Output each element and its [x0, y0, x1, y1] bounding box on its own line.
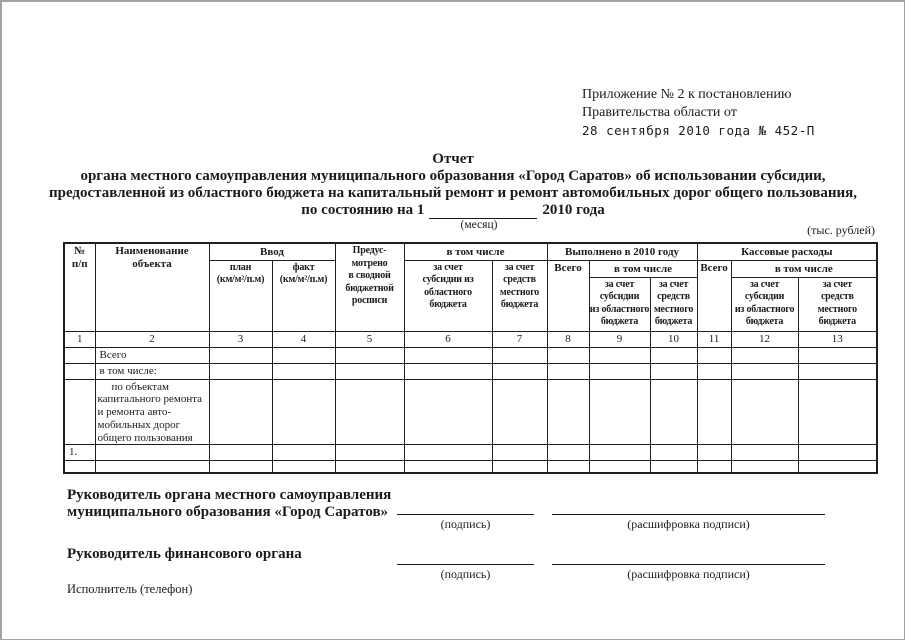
date-suffix: 2010 года: [542, 202, 604, 219]
col-num: 6: [404, 331, 492, 347]
cell: [731, 363, 798, 379]
row-label-objects: по объектам капитального ремонта и ремон…: [95, 379, 209, 445]
transcript-caption-2: (расшифровка подписи): [552, 567, 825, 582]
cell: [404, 461, 492, 473]
cell: [547, 445, 589, 461]
group-header-vvod: Ввод: [209, 243, 335, 260]
cell: [589, 347, 650, 363]
cell: [798, 461, 877, 473]
cell: [697, 379, 731, 445]
col-num: 9: [589, 331, 650, 347]
col-num: 5: [335, 331, 404, 347]
col-header-number: № п/п: [64, 243, 95, 331]
cell: [798, 363, 877, 379]
cell: [650, 347, 697, 363]
col-header-subsidy-oblast-3: за счет субсидии из областного бюджета: [731, 277, 798, 331]
cell: [731, 461, 798, 473]
row-label-including: в том числе:: [95, 363, 209, 379]
cell: [209, 363, 272, 379]
group-header-kassovye-rashody: Кассовые расходы: [697, 243, 877, 260]
report-date-line: по состоянию на 1 2010 года: [2, 202, 904, 219]
row-number-cell: 1.: [64, 445, 95, 461]
appendix-line-1: Приложение № 2 к постановлению: [582, 86, 815, 104]
cell: [209, 445, 272, 461]
col-header-local-funds-3: за счет средств местного бюджета: [798, 277, 877, 331]
signature-transcript-line-1: [552, 500, 825, 515]
col-num: 7: [492, 331, 547, 347]
col-num: 2: [95, 331, 209, 347]
report-title-line-3: предоставленной из областного бюджета на…: [2, 185, 904, 202]
cell: [272, 461, 335, 473]
col-header-subsidy-oblast-2: за счет субсидии из областного бюджета: [589, 277, 650, 331]
report-title: Отчет: [2, 151, 904, 168]
table-row-total: Всего: [64, 347, 877, 363]
cell: [547, 347, 589, 363]
cell: [492, 461, 547, 473]
cell: [731, 379, 798, 445]
signatory-title-1: Руководитель органа местного самоуправле…: [67, 487, 391, 521]
cell: [272, 445, 335, 461]
date-prefix: по состоянию на 1: [301, 202, 424, 219]
cell: [547, 461, 589, 473]
cell: [697, 347, 731, 363]
cell: [335, 461, 404, 473]
cell: [492, 379, 547, 445]
cell: [335, 379, 404, 445]
col-header-local-funds-2: за счет средств местного бюджета: [650, 277, 697, 331]
cell: [272, 363, 335, 379]
group-header-vypolneno-2010: Выполнено в 2010 году: [547, 243, 697, 260]
cell: [64, 379, 95, 445]
cell: [697, 461, 731, 473]
cell: [64, 347, 95, 363]
cell: [589, 445, 650, 461]
cell: [650, 363, 697, 379]
col-header-vsego-1: Всего: [547, 260, 589, 331]
cell: [798, 379, 877, 445]
header-row-1: № п/п Наименование объекта Ввод Предус- …: [64, 243, 877, 260]
month-blank-field: [429, 205, 537, 219]
cell: [650, 461, 697, 473]
col-header-plan: план (км/м²/п.м): [209, 260, 272, 331]
cell: [404, 445, 492, 461]
signature-line-2: [397, 550, 534, 565]
group-header-v-tom-chisle-2: в том числе: [589, 260, 697, 277]
table-row-item-1: 1.: [64, 445, 877, 461]
cell: [589, 461, 650, 473]
col-num: 3: [209, 331, 272, 347]
cell: [209, 461, 272, 473]
col-num: 8: [547, 331, 589, 347]
col-num: 10: [650, 331, 697, 347]
signature-caption-2: (подпись): [397, 567, 534, 582]
table-row-including: в том числе:: [64, 363, 877, 379]
col-header-object-name: Наименование объекта: [95, 243, 209, 331]
col-num: 12: [731, 331, 798, 347]
cell: [547, 363, 589, 379]
cell: [547, 379, 589, 445]
cell: [335, 445, 404, 461]
appendix-reference: Приложение № 2 к постановлению Правитель…: [582, 86, 815, 140]
table-row-empty: [64, 461, 877, 473]
units-label: (тыс. рублей): [807, 223, 875, 238]
appendix-line-2: Правительства области от: [582, 104, 815, 122]
cell: [731, 347, 798, 363]
cell: [731, 445, 798, 461]
cell: [404, 347, 492, 363]
document-page: Приложение № 2 к постановлению Правитель…: [0, 0, 905, 640]
signatory-title-2: Руководитель финансового органа: [67, 546, 302, 563]
report-table: № п/п Наименование объекта Ввод Предус- …: [63, 242, 878, 474]
cell: [492, 347, 547, 363]
group-header-v-tom-chisle-3: в том числе: [731, 260, 877, 277]
cell: [798, 347, 877, 363]
col-num: 11: [697, 331, 731, 347]
signature-line-1: [397, 500, 534, 515]
col-header-local-funds-1: за счет средств местного бюджета: [492, 260, 547, 331]
table-row-objects: по объектам капитального ремонта и ремон…: [64, 379, 877, 445]
transcript-caption-1: (расшифровка подписи): [552, 517, 825, 532]
report-title-line-2: органа местного самоуправления муниципал…: [2, 168, 904, 185]
appendix-line-3: 28 сентября 2010 года № 452-П: [582, 122, 815, 140]
cell: [335, 347, 404, 363]
col-num: 1: [64, 331, 95, 347]
cell: [95, 461, 209, 473]
col-header-vsego-2: Всего: [697, 260, 731, 331]
cell: [589, 379, 650, 445]
col-num: 13: [798, 331, 877, 347]
cell: [64, 363, 95, 379]
executor-label: Исполнитель (телефон): [67, 582, 192, 597]
cell: [272, 347, 335, 363]
col-header-fact: факт (км/м²/п.м): [272, 260, 335, 331]
cell: [798, 445, 877, 461]
signature-transcript-line-2: [552, 550, 825, 565]
cell: [272, 379, 335, 445]
cell: [335, 363, 404, 379]
cell: [209, 347, 272, 363]
cell: [589, 363, 650, 379]
cell: [492, 363, 547, 379]
group-header-v-tom-chisle-1: в том числе: [404, 243, 547, 260]
month-caption: (месяц): [2, 219, 904, 231]
cell: [209, 379, 272, 445]
cell: [697, 445, 731, 461]
signature-caption-1: (подпись): [397, 517, 534, 532]
cell: [404, 379, 492, 445]
col-num: 4: [272, 331, 335, 347]
col-header-subsidy-oblast-1: за счет субсидии из областного бюджета: [404, 260, 492, 331]
cell: [64, 461, 95, 473]
cell: [650, 445, 697, 461]
row-label-total: Всего: [95, 347, 209, 363]
cell: [95, 445, 209, 461]
cell: [492, 445, 547, 461]
col-header-predusmotreno: Предус- мотрено в сводной бюджетной росп…: [335, 243, 404, 331]
cell: [404, 363, 492, 379]
column-number-row: 1 2 3 4 5 6 7 8 9 10 11 12 13: [64, 331, 877, 347]
cell: [650, 379, 697, 445]
cell: [697, 363, 731, 379]
